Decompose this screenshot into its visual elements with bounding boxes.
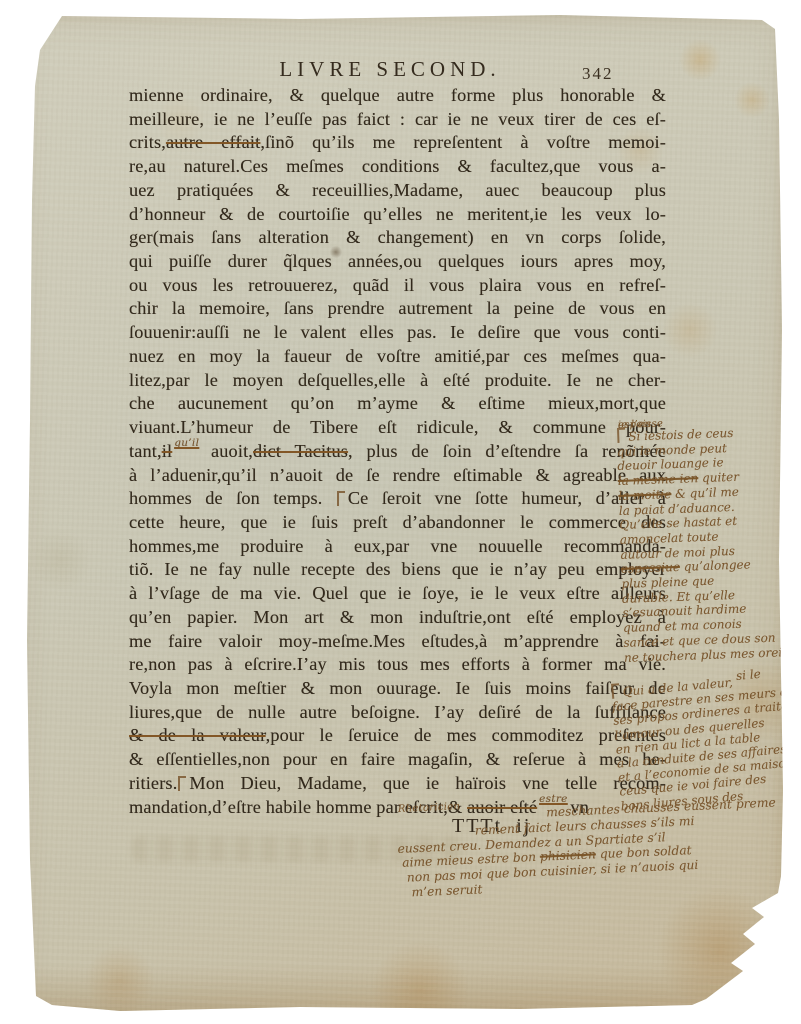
margin-annotation-right-upper: Si iestois de ceusqui le monde peutdeuoi… <box>616 422 801 666</box>
printed-text-block: mienne ordinaire, & quelque autre forme … <box>129 84 666 819</box>
text-line: tiõ. Ie ne fay nulle recepte des biens q… <box>129 558 666 582</box>
struck-text: & de la valeur <box>129 725 266 745</box>
text-segment: litez,par le moyen deſquelles,elle à eſt… <box>129 370 666 390</box>
text-segment: cette heure, que ie ſuis preſt d’abandon… <box>129 512 666 532</box>
text-segment: ,ſinõ qu’ils me repreſentent à voſtre me… <box>260 132 666 152</box>
text-segment: ger(mais ſans alteration & changement) e… <box>129 227 666 247</box>
interlinear-note: Rhetoricien <box>398 800 461 818</box>
text-line: meilleure, ie ne l’euſſe pas faict : car… <box>129 108 666 132</box>
text-segment: ou vous les retrouuerez, quãd il vous pl… <box>129 275 666 295</box>
caret-mark-icon <box>611 683 620 699</box>
text-line: tant,ilqu’il auoit,dict Tacitus, plus de… <box>129 440 666 464</box>
text-segment: re,non pas à eſcrire.I’ay mis tous mes e… <box>129 654 666 674</box>
text-line: ou vous les retrouuerez, quãd il vous pl… <box>129 274 666 298</box>
text-segment: ſouuenir:auſſi ne le valent elles pas. I… <box>129 322 666 342</box>
text-segment: re,au naturel.Ces meſmes conditions & fa… <box>129 156 666 176</box>
text-segment: meilleure, ie ne l’euſſe pas faict : car… <box>129 109 666 129</box>
text-line: liures,que de nulle autre beſoigne. I’ay… <box>129 701 666 725</box>
text-segment: crits, <box>129 132 166 152</box>
text-segment: viuant.L’humeur de Tibere eſt ridicule, … <box>129 417 666 437</box>
text-segment: hommes de ſon temps. <box>129 488 336 508</box>
text-segment: & qu’il me <box>671 485 739 501</box>
margin-annotation-right-lower: Qui a de la valeur, si leface parestre e… <box>610 667 801 814</box>
text-line: litez,par le moyen deſquelles,elle à eſt… <box>129 369 666 393</box>
text-segment: qu’en papier. Mon art & mon induſtrie,on… <box>129 607 666 627</box>
text-segment: Voyla mon meſtier & mon ouurage. Ie ſuis… <box>129 678 666 698</box>
text-line: Voyla mon meſtier & mon ouurage. Ie ſuis… <box>129 677 666 701</box>
text-segment: ritiers. <box>129 773 177 793</box>
text-segment: mienne ordinaire, & quelque autre forme … <box>129 85 666 105</box>
text-line: crits,autre effait,ſinõ qu’ils me repreſ… <box>129 131 666 155</box>
text-segment: à l’vſage de ma vie. Quel que ie ſoye, i… <box>129 583 666 603</box>
text-line: re,non pas à eſcrire.I’ay mis tous mes e… <box>129 653 666 677</box>
text-line: chir la memoire, ſans prendre autrement … <box>129 297 666 321</box>
text-segment: ,pour le ſeruice de mes commoditez preſe… <box>266 725 666 745</box>
text-segment: Mon Dieu, Madame, que ie haïrois vne tel… <box>189 773 666 793</box>
text-segment: quiter <box>698 470 739 485</box>
text-segment: qui puiſſe durer q̃lques années,ou quelq… <box>129 251 666 271</box>
text-line: ger(mais ſans alteration & changement) e… <box>129 226 666 250</box>
text-line: re,au naturel.Ces meſmes conditions & fa… <box>129 155 666 179</box>
text-segment: me faire valoir moy-meſme.Mes eſtudes,à … <box>129 631 666 651</box>
text-segment: tant, <box>129 441 162 461</box>
interlinear-note: qu’il <box>174 437 199 449</box>
caret-mark-icon <box>337 491 345 506</box>
text-segment: à l’aduenir,qu’il n’auoit de ſe rendre e… <box>129 465 666 485</box>
interlinear-note: espoisse <box>618 417 664 433</box>
text-segment: chir la memoire, ſans prendre autrement … <box>129 298 666 318</box>
running-head-title: LIVRE SECOND. <box>135 57 645 82</box>
text-line: mienne ordinaire, & quelque autre forme … <box>129 84 666 108</box>
text-segment: nuez en moy la faueur de voſtre amitié,p… <box>129 346 666 366</box>
text-segment: m’en seruit <box>411 882 482 899</box>
text-line: nuez en moy la faueur de voſtre amitié,p… <box>129 345 666 369</box>
text-segment: tiõ. Ie ne fay nulle recepte des biens q… <box>129 559 666 579</box>
text-line: hommes de ſon temps. Ce ſeroit vne ſotte… <box>129 487 666 511</box>
struck-text: ilqu’il <box>162 441 198 461</box>
text-line: che aucunement qu’on m’ayme & eſtime mie… <box>129 392 666 416</box>
text-segment: che aucunement qu’on m’ayme & eſtime mie… <box>129 393 666 413</box>
text-segment: uez pratiquées & receuillies,Madame, aue… <box>129 180 666 200</box>
text-segment: auoit, <box>197 441 253 461</box>
text-segment: & eſſentielles,non pour en faire magaſin… <box>129 749 666 769</box>
text-line: uez pratiquées & receuillies,Madame, aue… <box>129 179 666 203</box>
struck-text: espessiueespoisse <box>621 560 680 576</box>
verso-show-through <box>132 836 462 862</box>
text-segment: qu’alongee <box>680 558 751 574</box>
text-line: qui puiſſe durer q̃lques années,ou quelq… <box>129 250 666 274</box>
text-line: à l’aduenir,qu’il n’auoit de ſe rendre e… <box>129 464 666 488</box>
struck-text: dict Tacitus <box>253 441 348 461</box>
text-line: ritiers.Mon Dieu, Madame, que ie haïrois… <box>129 772 666 796</box>
text-segment: liures,que de nulle autre beſoigne. I’ay… <box>129 702 666 722</box>
book-page-scan: LIVRE SECOND. 342 mienne ordinaire, & qu… <box>0 0 801 1024</box>
page-number: 342 <box>582 64 614 84</box>
text-line: qu’en papier. Mon art & mon induſtrie,on… <box>129 606 666 630</box>
text-line: ſouuenir:auſſi ne le valent elles pas. I… <box>129 321 666 345</box>
text-line: & de la valeur,pour le ſeruice de mes co… <box>129 724 666 748</box>
struck-text: autre effait <box>166 132 260 152</box>
text-segment: hommes,me produire à eux,par vne nouuell… <box>129 536 666 556</box>
text-line: à l’vſage de ma vie. Quel que ie ſoye, i… <box>129 582 666 606</box>
text-line: hommes,me produire à eux,par vne nouuell… <box>129 535 666 559</box>
caret-mark-icon <box>178 776 186 791</box>
struck-text: phisicienRhetoricien <box>540 848 597 864</box>
interlinear-note: estre <box>539 793 568 805</box>
text-line: & eſſentielles,non pour en faire magaſin… <box>129 748 666 772</box>
text-line: me faire valoir moy-meſme.Mes eſtudes,à … <box>129 630 666 654</box>
text-segment: d’honneur & de courtoiſie qu’elles ne me… <box>129 204 666 224</box>
struck-text: la moitie <box>618 487 671 503</box>
text-segment: si le <box>735 667 761 683</box>
text-line: viuant.L’humeur de Tibere eſt ridicule, … <box>129 416 666 440</box>
text-line: cette heure, que ie ſuis preſt d’abandon… <box>129 511 666 535</box>
text-line: d’honneur & de courtoiſie qu’elles ne me… <box>129 203 666 227</box>
